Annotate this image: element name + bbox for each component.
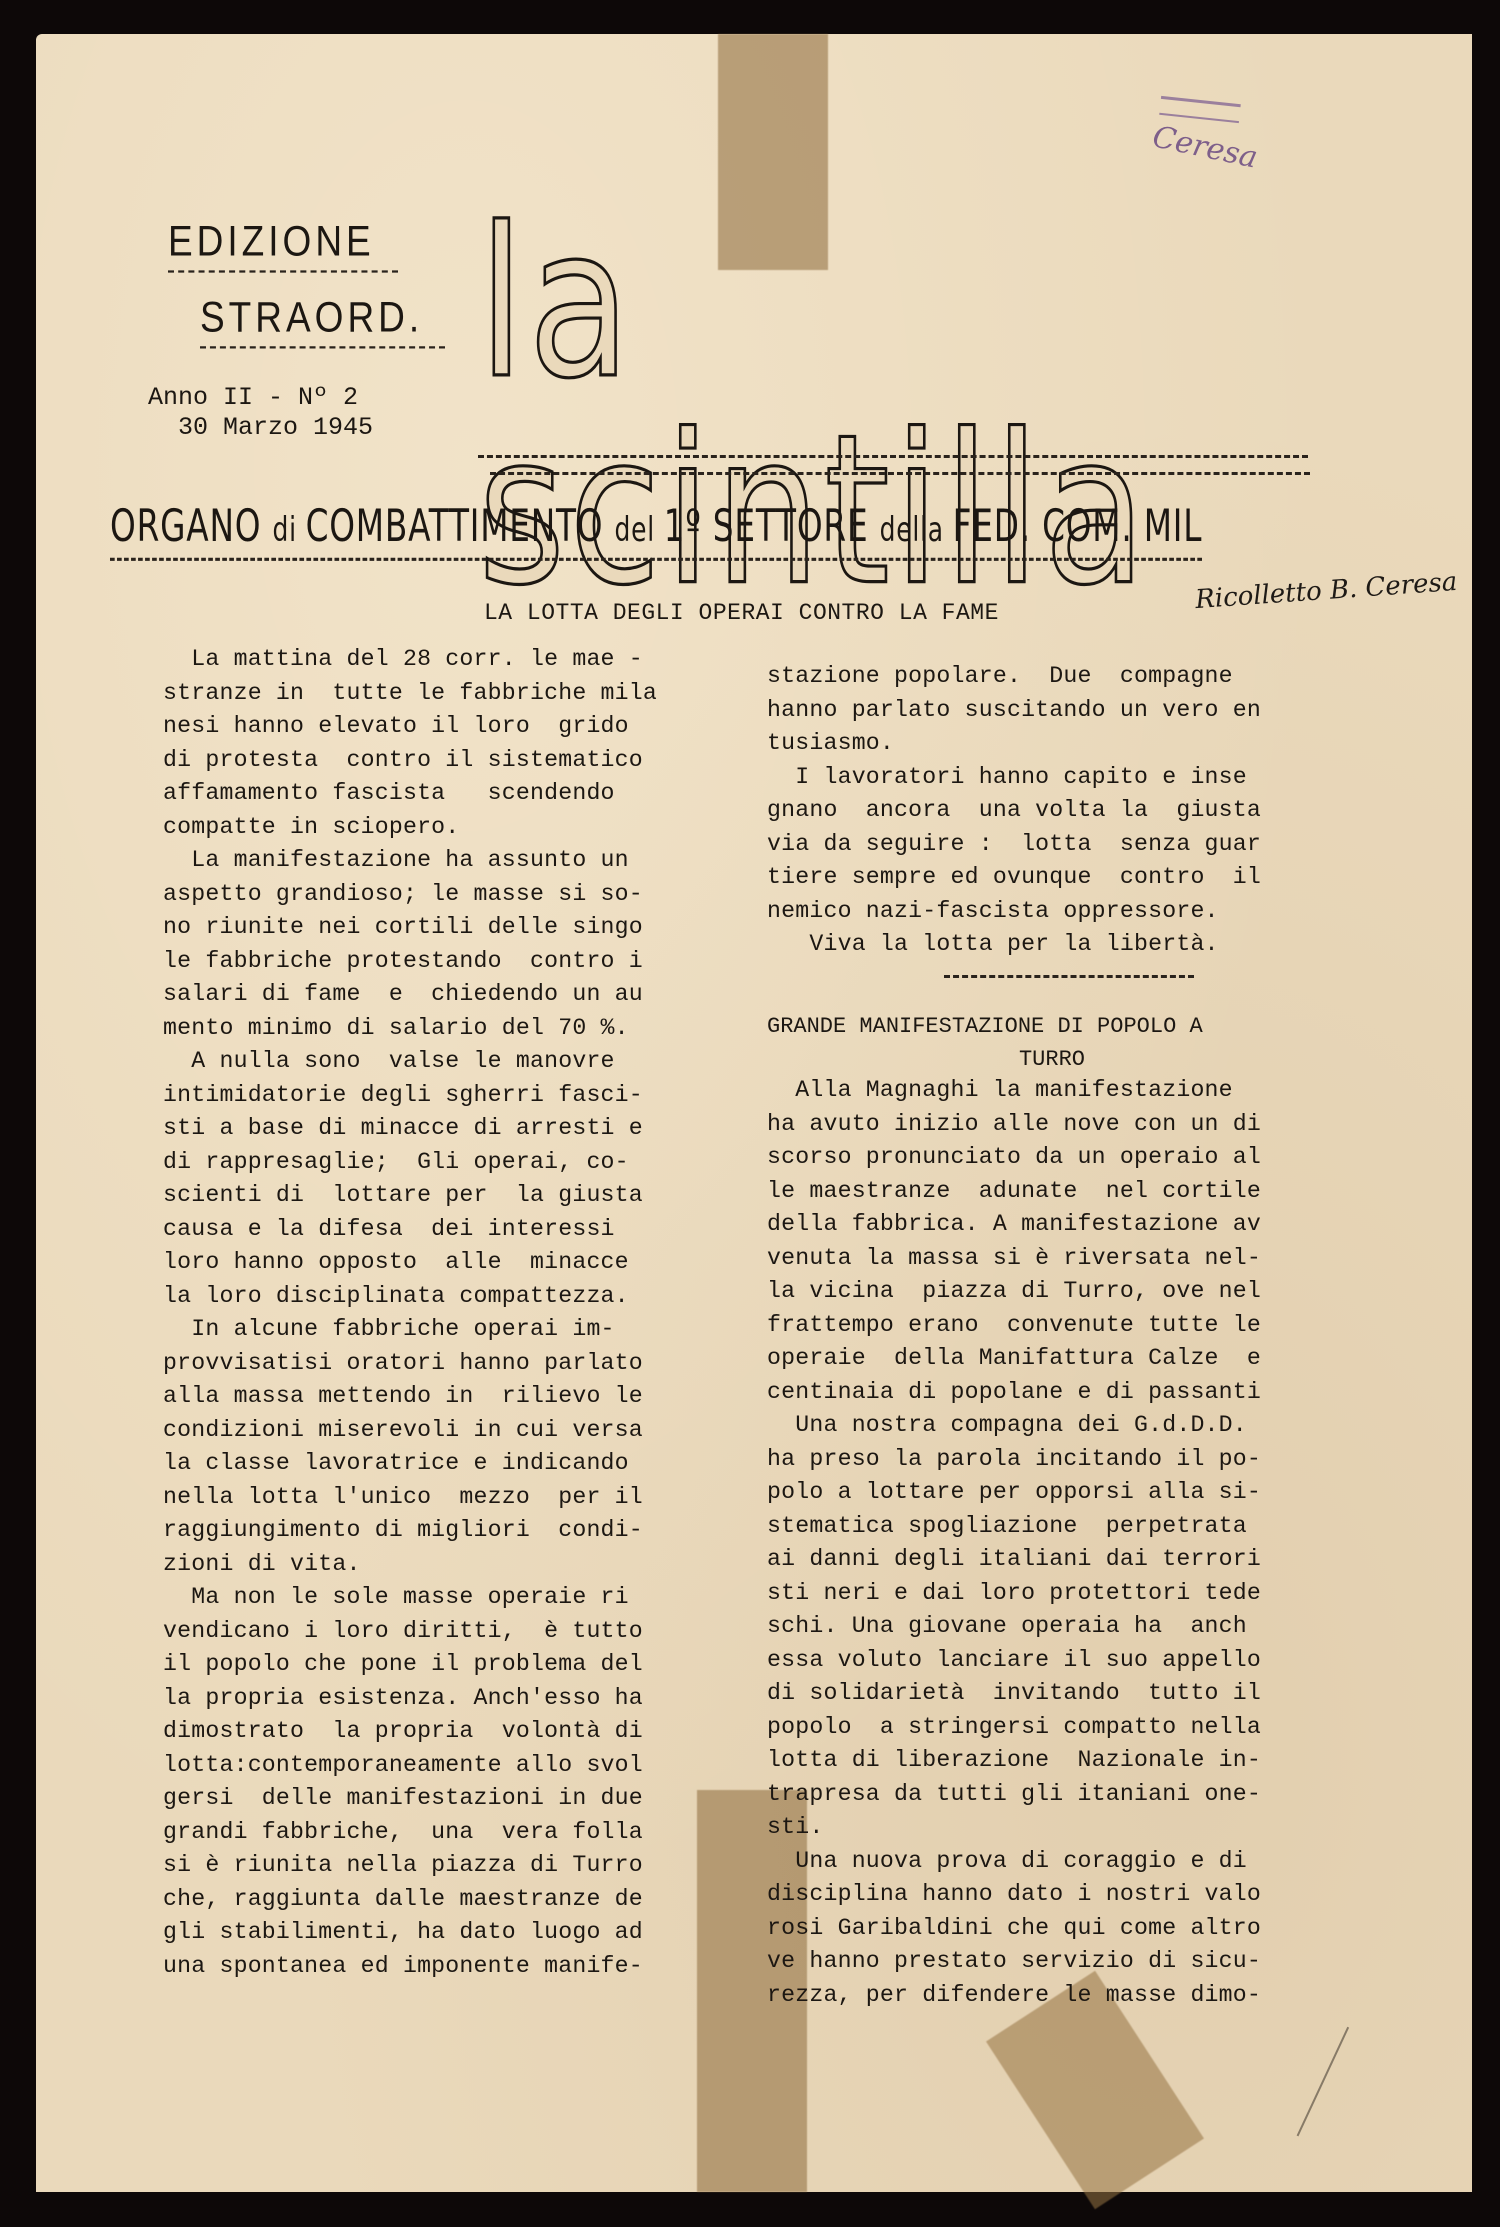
- text-line: ha preso la parola incitando il po-: [767, 1443, 1261, 1477]
- text-line: stazione popolare. Due compagne: [767, 660, 1261, 694]
- text-line: I lavoratori hanno capito e inse: [767, 761, 1261, 795]
- article1-left-column: La mattina del 28 corr. le mae -stranze …: [163, 643, 657, 1983]
- text-line: no riunite nei cortili delle singo: [163, 911, 657, 945]
- text-line: rezza, per difendere le masse dimo-: [767, 1979, 1261, 2013]
- text-line: loro hanno opposto alle minacce: [163, 1246, 657, 1280]
- text-line: nesi hanno elevato il loro grido: [163, 710, 657, 744]
- text-line: Ma non le sole masse operaie ri: [163, 1581, 657, 1615]
- text-line: le maestranze adunate nel cortile: [767, 1175, 1261, 1209]
- text-line: stematica spogliazione perpetrata: [767, 1510, 1261, 1544]
- text-line: In alcune fabbriche operai im-: [163, 1313, 657, 1347]
- text-line: zioni di vita.: [163, 1548, 657, 1582]
- text-line: compatte in sciopero.: [163, 811, 657, 845]
- text-line: le fabbriche protestando contro i: [163, 945, 657, 979]
- text-line: causa e la difesa dei interessi: [163, 1213, 657, 1247]
- text-line: lotta di liberazione Nazionale in-: [767, 1744, 1261, 1778]
- organ-part3: 1º SETTORE: [664, 500, 880, 551]
- issue-date: 30 Marzo 1945: [148, 413, 373, 443]
- text-line: che, raggiunta dalle maestranze de: [163, 1883, 657, 1917]
- text-line: schi. Una giovane operaia ha anch: [767, 1610, 1261, 1644]
- text-line: La manifestazione ha assunto un: [163, 844, 657, 878]
- organ-part4: FED. COM. MIL: [953, 500, 1203, 551]
- text-line: salari di fame e chiedendo un au: [163, 978, 657, 1012]
- text-line: tusiasmo.: [767, 727, 1261, 761]
- text-line: condizioni miserevoli in cui versa: [163, 1414, 657, 1448]
- text-line: provvisatisi oratori hanno parlato: [163, 1347, 657, 1381]
- text-line: il popolo che pone il problema del: [163, 1648, 657, 1682]
- article2-headline-line2: TURRO: [767, 1043, 1377, 1076]
- edition-label: EDIZIONE STRAORD.: [160, 217, 445, 348]
- text-line: disciplina hanno dato i nostri valo: [767, 1878, 1261, 1912]
- text-line: si è riunita nella piazza di Turro: [163, 1849, 657, 1883]
- text-line: nella lotta l'unico mezzo per il: [163, 1481, 657, 1515]
- text-line: alla massa mettendo in rilievo le: [163, 1380, 657, 1414]
- article-separator: [944, 975, 1194, 978]
- article1-headline: LA LOTTA DEGLI OPERAI CONTRO LA FAME: [484, 600, 999, 626]
- text-line: La mattina del 28 corr. le mae -: [163, 643, 657, 677]
- text-line: la loro disciplinata compattezza.: [163, 1280, 657, 1314]
- text-line: tiere sempre ed ovunque contro il: [767, 861, 1261, 895]
- article2-headline: GRANDE MANIFESTAZIONE DI POPOLO A TURRO: [767, 1010, 1377, 1076]
- text-line: ha avuto inizio alle nove con un di: [767, 1108, 1261, 1142]
- text-line: A nulla sono valse le manovre: [163, 1045, 657, 1079]
- text-line: hanno parlato suscitando un vero en: [767, 694, 1261, 728]
- article1-right-column: stazione popolare. Due compagnehanno par…: [767, 660, 1261, 962]
- text-line: affamamento fascista scendendo: [163, 777, 657, 811]
- text-line: una spontanea ed imponente manife-: [163, 1950, 657, 1984]
- text-line: rosi Garibaldini che qui come altro: [767, 1912, 1261, 1946]
- issue-info: Anno II - Nº 2 30 Marzo 1945: [148, 383, 373, 443]
- masthead-underline: [478, 455, 1308, 458]
- text-line: sti neri e dai loro protettori tede: [767, 1577, 1261, 1611]
- article2-headline-line1: GRANDE MANIFESTAZIONE DI POPOLO A: [767, 1014, 1203, 1039]
- text-line: gersi delle manifestazioni in due: [163, 1782, 657, 1816]
- text-line: Una nostra compagna dei G.d.D.D.: [767, 1409, 1261, 1443]
- text-line: la classe lavoratrice e indicando: [163, 1447, 657, 1481]
- text-line: operaie della Manifattura Calze e: [767, 1342, 1261, 1376]
- text-line: gli stabilimenti, ha dato luogo ad: [163, 1916, 657, 1950]
- text-line: nemico nazi-fascista oppressore.: [767, 895, 1261, 929]
- text-line: scorso pronunciato da un operaio al: [767, 1141, 1261, 1175]
- organ-subtitle: ORGANO di COMBATTIMENTO del 1º SETTORE d…: [110, 500, 1202, 561]
- text-line: aspetto grandioso; le masse si so-: [163, 878, 657, 912]
- text-line: di solidarietà invitando tutto il: [767, 1677, 1261, 1711]
- text-line: di protesta contro il sistematico: [163, 744, 657, 778]
- text-line: ai danni degli italiani dai terrori: [767, 1543, 1261, 1577]
- text-line: ve hanno prestato servizio di sicu-: [767, 1945, 1261, 1979]
- organ-del: del: [615, 509, 664, 549]
- text-line: di rappresaglie; Gli operai, co-: [163, 1146, 657, 1180]
- text-line: intimidatorie degli sgherri fasci-: [163, 1079, 657, 1113]
- text-line: vendicano i loro diritti, è tutto: [163, 1615, 657, 1649]
- text-line: la propria esistenza. Anch'esso ha: [163, 1682, 657, 1716]
- text-line: trapresa da tutti gli itaniani one-: [767, 1778, 1261, 1812]
- text-line: Una nuova prova di coraggio e di: [767, 1845, 1261, 1879]
- article2-column: Alla Magnaghi la manifestazioneha avuto …: [767, 1074, 1261, 2012]
- text-line: polo a lottare per opporsi alla si-: [767, 1476, 1261, 1510]
- text-line: essa voluto lanciare il suo appello: [767, 1644, 1261, 1678]
- text-line: scienti di lottare per la giusta: [163, 1179, 657, 1213]
- organ-part1: ORGANO: [110, 500, 273, 551]
- text-line: via da seguire : lotta senza guar: [767, 828, 1261, 862]
- text-line: venuta la massa si è riversata nel-: [767, 1242, 1261, 1276]
- organ-di: di: [273, 509, 306, 549]
- text-line: mento minimo di salario del 70 %.: [163, 1012, 657, 1046]
- text-line: centinaia di popolane e di passanti: [767, 1376, 1261, 1410]
- masthead-underline-2: [490, 472, 1310, 475]
- text-line: della fabbrica. A manifestazione av: [767, 1208, 1261, 1242]
- text-line: dimostrato la propria volontà di: [163, 1715, 657, 1749]
- text-line: gnano ancora una volta la giusta: [767, 794, 1261, 828]
- organ-part2: COMBATTIMENTO: [306, 500, 615, 551]
- text-line: lotta:contemporaneamente allo svol: [163, 1749, 657, 1783]
- text-line: la vicina piazza di Turro, ove nel: [767, 1275, 1261, 1309]
- text-line: sti.: [767, 1811, 1261, 1845]
- text-line: frattempo erano convenute tutte le: [767, 1309, 1261, 1343]
- text-line: sti a base di minacce di arresti e: [163, 1112, 657, 1146]
- edition-label-line1: EDIZIONE: [168, 217, 398, 272]
- issue-number: Anno II - Nº 2: [148, 383, 358, 412]
- text-line: raggiungimento di migliori condi-: [163, 1514, 657, 1548]
- text-line: popolo a stringersi compatto nella: [767, 1711, 1261, 1745]
- organ-della: della: [880, 509, 953, 549]
- text-line: stranze in tutte le fabbriche mila: [163, 677, 657, 711]
- text-line: Viva la lotta per la libertà.: [767, 928, 1261, 962]
- text-line: Alla Magnaghi la manifestazione: [767, 1074, 1261, 1108]
- text-line: grandi fabbriche, una vera folla: [163, 1816, 657, 1850]
- edition-label-line2: STRAORD.: [200, 293, 445, 348]
